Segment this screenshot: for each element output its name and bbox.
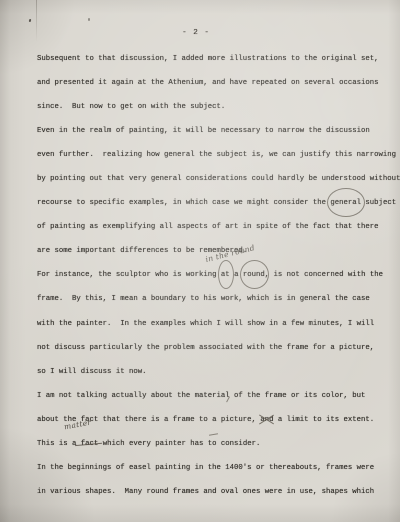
text-line: Even in the realm of painting, it will b…	[37, 119, 397, 143]
text-line-with-crossout: about the fact that there is a frame to …	[37, 408, 397, 432]
text-segment: general	[330, 199, 361, 207]
pencil-circled-word: round	[243, 263, 265, 287]
text-line: I am not talking actually about the mate…	[37, 384, 397, 408]
document-body: Subsequent to that discussion, I added m…	[37, 47, 397, 504]
text-line: are some important differences to be rem…	[37, 239, 397, 263]
text-line-with-correction: This is a fact which every painter has t…	[37, 432, 397, 456]
text-line: by pointing out that very general consid…	[37, 167, 397, 191]
pencil-circled-word: general	[330, 191, 361, 215]
text-segment: recourse to specific examples, in which …	[37, 199, 330, 207]
text-segment: a limit to its extent.	[273, 416, 374, 424]
text-line: in various shapes. Many round frames and…	[37, 480, 397, 504]
text-line-with-circled-word: recourse to specific examples, in which …	[37, 191, 397, 215]
text-line: even further. realizing how general the …	[37, 143, 397, 167]
text-line: so I will discuss it now.	[37, 360, 397, 384]
text-line: not discuss particularly the problem ass…	[37, 336, 397, 360]
text-segment: subject	[361, 199, 396, 207]
text-line: In the beginnings of easel painting in t…	[37, 456, 397, 480]
text-segment: For instance, the sculptor who is workin…	[37, 271, 221, 279]
text-line: with the painter. In the examples which …	[37, 312, 397, 336]
text-segment: round	[243, 271, 265, 279]
text-line: and presented it again at the Athenium, …	[37, 71, 397, 95]
scanned-typewritten-page: - 2 - Subsequent to that discussion, I a…	[0, 0, 400, 522]
text-line: of painting as exemplifying all aspects …	[37, 215, 397, 239]
text-line: Subsequent to that discussion, I added m…	[37, 47, 397, 71]
page-number: - 2 -	[0, 29, 392, 37]
text-line: since. But now to get on with the subjec…	[37, 95, 397, 119]
text-segment: about the fact that there is a frame to …	[37, 416, 260, 424]
pencil-struck-word: fact	[81, 432, 99, 456]
text-segment: which every painter has to consider.	[98, 440, 260, 448]
paper-speck	[88, 18, 90, 21]
text-segment: , is not concerned with the	[265, 271, 383, 279]
text-segment: This is a	[37, 440, 81, 448]
pencil-crossed-out-word: and	[260, 408, 273, 432]
paper-speck	[29, 19, 32, 22]
text-segment: a	[230, 271, 243, 279]
text-line-with-correction: For instance, the sculptor who is workin…	[37, 263, 397, 287]
text-segment: at	[221, 271, 230, 279]
text-line: frame. By this, I mean a boundary to his…	[37, 287, 397, 311]
paper-crease	[36, 0, 37, 42]
pencil-circled-word: at	[221, 263, 230, 287]
